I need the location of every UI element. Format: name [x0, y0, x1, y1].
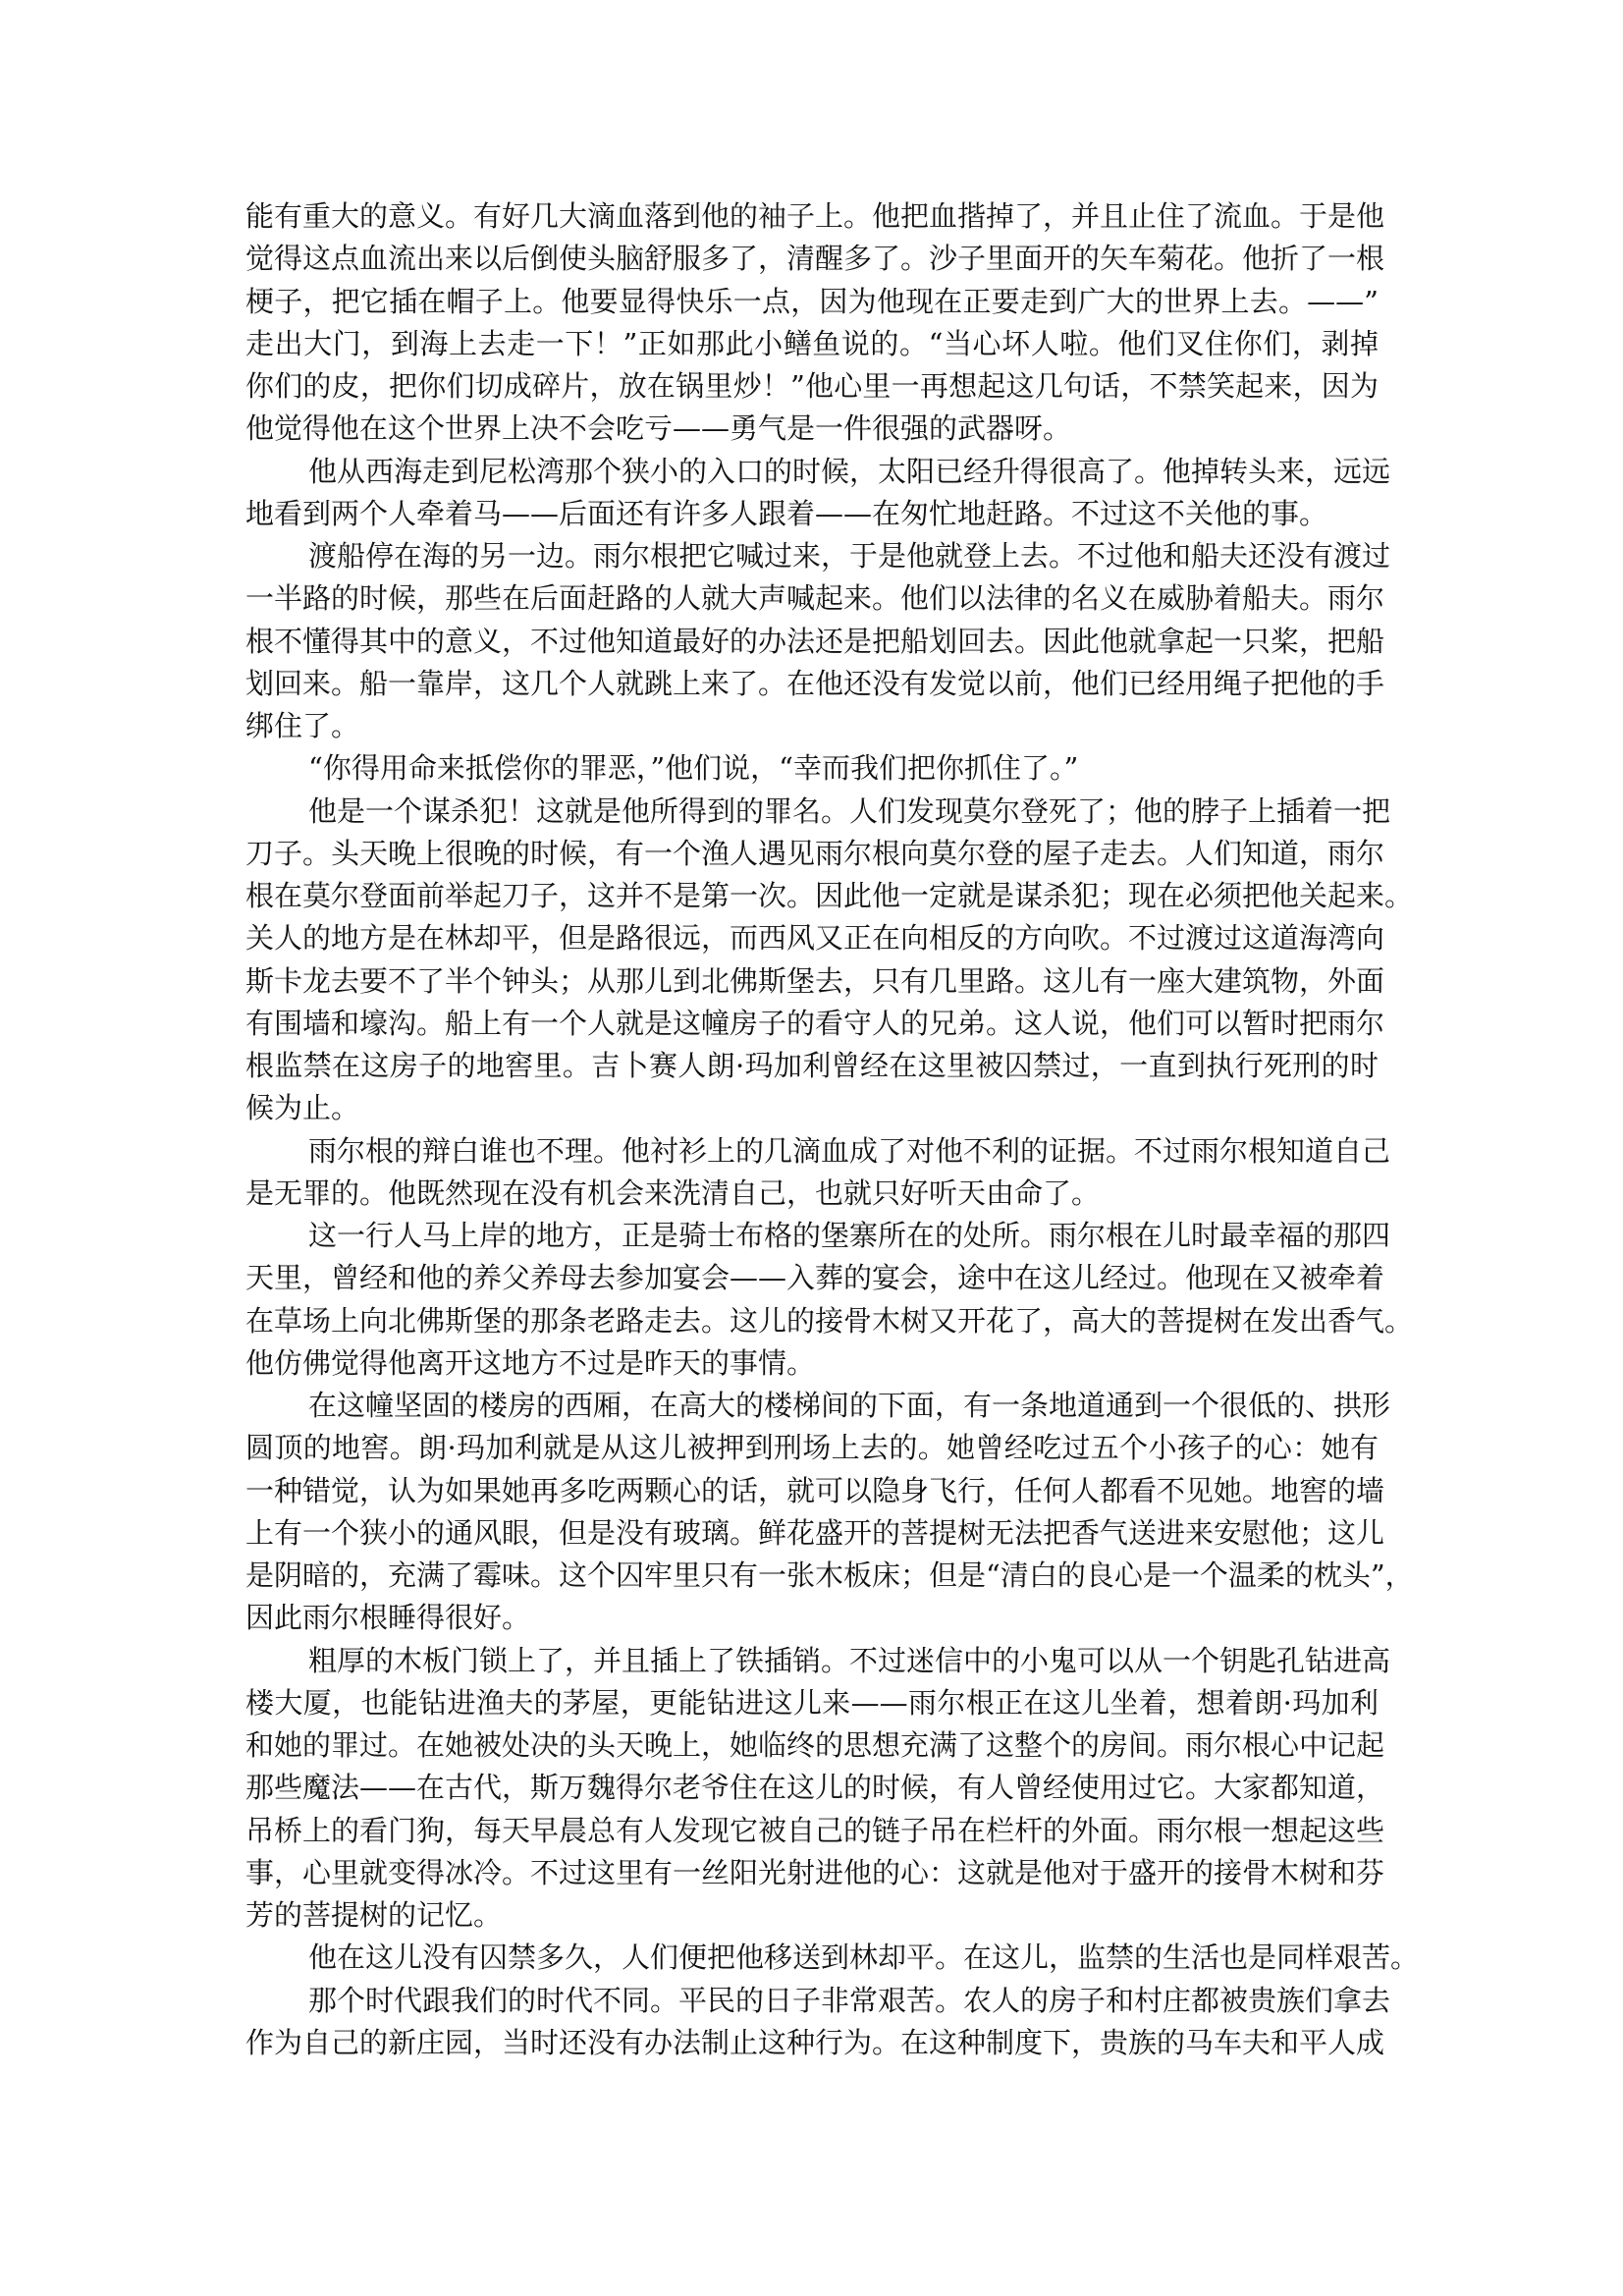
document-page: 能有重大的意义。有好几大滴血落到他的袖子上。他把血揩掉了，并且止住了流血。于是他…	[245, 195, 1379, 2064]
text-line: 你们的皮，把你们切成碎片，放在锅里炒！”他心里一再想起这几句话，不禁笑起来，因为	[245, 365, 1379, 408]
text-line: 和她的罪过。在她被处决的头天晚上，她临终的思想充满了这整个的房间。雨尔根心中记起	[245, 1724, 1379, 1767]
paragraph: 粗厚的木板门锁上了，并且插上了铁插销。不过迷信中的小鬼可以从一个钥匙孔钻进高楼大…	[245, 1640, 1379, 1938]
text-line: “你得用命来抵偿你的罪恶，”他们说，“幸而我们把你抓住了。”	[245, 747, 1379, 790]
paragraph: 能有重大的意义。有好几大滴血落到他的袖子上。他把血揩掉了，并且止住了流血。于是他…	[245, 195, 1379, 451]
text-line: 事，心里就变得冰冷。不过这里有一丝阳光射进他的心：这就是他对于盛开的接骨木树和芬	[245, 1852, 1379, 1894]
text-line: 雨尔根的辩白谁也不理。他衬衫上的几滴血成了对他不利的证据。不过雨尔根知道自己	[245, 1130, 1379, 1173]
text-line: 吊桥上的看门狗，每天早晨总有人发现它被自己的链子吊在栏杆的外面。雨尔根一想起这些	[245, 1810, 1379, 1852]
text-line: 根在莫尔登面前举起刀子，这并不是第一次。因此他一定就是谋杀犯；现在必须把他关起来…	[245, 875, 1379, 917]
text-line: 楼大厦，也能钻进渔夫的茅屋，更能钻进这儿来——雨尔根正在这儿坐着，想着朗·玛加利	[245, 1682, 1379, 1724]
paragraph: 他从西海走到尼松湾那个狭小的入口的时候，太阳已经升得很高了。他掉转头来，远远地看…	[245, 451, 1379, 536]
text-line: 斯卡龙去要不了半个钟头；从那儿到北佛斯堡去，只有几里路。这儿有一座大建筑物，外面	[245, 960, 1379, 1003]
text-line: 他在这儿没有囚禁多久，人们便把他移送到林却平。在这儿，监禁的生活也是同样艰苦。	[245, 1937, 1379, 1979]
text-line: 关人的地方是在林却平，但是路很远，而西风又正在向相反的方向吹。不过渡过这道海湾向	[245, 917, 1379, 959]
paragraph: 他是一个谋杀犯！这就是他所得到的罪名。人们发现莫尔登死了；他的脖子上插着一把刀子…	[245, 791, 1379, 1130]
text-line: 是阴暗的，充满了霉味。这个囚牢里只有一张木板床；但是“清白的良心是一个温柔的枕头…	[245, 1555, 1379, 1597]
text-line: 是无罪的。他既然现在没有机会来洗清自己，也就只好听天由命了。	[245, 1173, 1379, 1215]
text-line: 这一行人马上岸的地方，正是骑士布格的堡寨所在的处所。雨尔根在儿时最幸福的那四	[245, 1215, 1379, 1257]
text-line: 上有一个狭小的通风眼，但是没有玻璃。鲜花盛开的菩提树无法把香气送进来安慰他；这儿	[245, 1512, 1379, 1555]
text-line: 候为止。	[245, 1087, 1379, 1129]
paragraph: 在这幢坚固的楼房的西厢，在高大的楼梯间的下面，有一条地道通到一个很低的、拱形圆顶…	[245, 1385, 1379, 1640]
text-line: 走出大门，到海上去走一下！”正如那此小鳝鱼说的。“当心坏人啦。他们叉住你们，剥掉	[245, 323, 1379, 365]
text-line: 芳的菩提树的记忆。	[245, 1894, 1379, 1937]
text-line: 根不懂得其中的意义，不过他知道最好的办法还是把船划回去。因此他就拿起一只桨，把船	[245, 621, 1379, 663]
paragraph: 渡船停在海的另一边。雨尔根把它喊过来，于是他就登上去。不过他和船夫还没有渡过一半…	[245, 535, 1379, 747]
paragraph: “你得用命来抵偿你的罪恶，”他们说，“幸而我们把你抓住了。”	[245, 747, 1379, 790]
paragraph: 雨尔根的辩白谁也不理。他衬衫上的几滴血成了对他不利的证据。不过雨尔根知道自己是无…	[245, 1130, 1379, 1216]
text-line: 绑住了。	[245, 705, 1379, 747]
paragraph: 那个时代跟我们的时代不同。平民的日子非常艰苦。农人的房子和村庄都被贵族们拿去作为…	[245, 1980, 1379, 2065]
text-line: 有围墙和壕沟。船上有一个人就是这幢房子的看守人的兄弟。这人说，他们可以暂时把雨尔	[245, 1003, 1379, 1045]
text-line: 在草场上向北佛斯堡的那条老路走去。这儿的接骨木树又开花了，高大的菩提树在发出香气…	[245, 1300, 1379, 1342]
text-line: 根监禁在这房子的地窖里。吉卜赛人朗·玛加利曾经在这里被囚禁过，一直到执行死刑的时	[245, 1045, 1379, 1087]
text-line: 一半路的时候，那些在后面赶路的人就大声喊起来。他们以法律的名义在威胁着船夫。雨尔	[245, 577, 1379, 620]
text-line: 那个时代跟我们的时代不同。平民的日子非常艰苦。农人的房子和村庄都被贵族们拿去	[245, 1980, 1379, 2022]
text-line: 他是一个谋杀犯！这就是他所得到的罪名。人们发现莫尔登死了；他的脖子上插着一把	[245, 791, 1379, 833]
paragraph: 他在这儿没有囚禁多久，人们便把他移送到林却平。在这儿，监禁的生活也是同样艰苦。	[245, 1937, 1379, 1979]
text-line: 他仿佛觉得他离开这地方不过是昨天的事情。	[245, 1342, 1379, 1385]
text-line: 能有重大的意义。有好几大滴血落到他的袖子上。他把血揩掉了，并且止住了流血。于是他	[245, 195, 1379, 238]
text-line: 在这幢坚固的楼房的西厢，在高大的楼梯间的下面，有一条地道通到一个很低的、拱形	[245, 1385, 1379, 1427]
text-line: 粗厚的木板门锁上了，并且插上了铁插销。不过迷信中的小鬼可以从一个钥匙孔钻进高	[245, 1640, 1379, 1682]
text-line: 他从西海走到尼松湾那个狭小的入口的时候，太阳已经升得很高了。他掉转头来，远远	[245, 451, 1379, 493]
text-line: 圆顶的地窖。朗·玛加利就是从这儿被押到刑场上去的。她曾经吃过五个小孩子的心：她有	[245, 1427, 1379, 1469]
text-line: 那些魔法——在古代，斯万魏得尔老爷住在这儿的时候，有人曾经使用过它。大家都知道，	[245, 1767, 1379, 1809]
text-line: 作为自己的新庄园，当时还没有办法制止这种行为。在这种制度下，贵族的马车夫和平人成	[245, 2022, 1379, 2064]
text-line: 划回来。船一靠岸，这几个人就跳上来了。在他还没有发觉以前，他们已经用绳子把他的手	[245, 663, 1379, 705]
text-line: 觉得这点血流出来以后倒使头脑舒服多了，清醒多了。沙子里面开的矢车菊花。他折了一根	[245, 238, 1379, 280]
text-line: 梗子，把它插在帽子上。他要显得快乐一点，因为他现在正要走到广大的世界上去。——”	[245, 281, 1379, 323]
text-line: 渡船停在海的另一边。雨尔根把它喊过来，于是他就登上去。不过他和船夫还没有渡过	[245, 535, 1379, 577]
text-line: 他觉得他在这个世界上决不会吃亏——勇气是一件很强的武器呀。	[245, 408, 1379, 450]
text-line: 因此雨尔根睡得很好。	[245, 1597, 1379, 1639]
paragraph: 这一行人马上岸的地方，正是骑士布格的堡寨所在的处所。雨尔根在儿时最幸福的那四天里…	[245, 1215, 1379, 1385]
text-line: 天里，曾经和他的养父养母去参加宴会——入葬的宴会，途中在这儿经过。他现在又被牵着	[245, 1257, 1379, 1299]
text-line: 一种错觉，认为如果她再多吃两颗心的话，就可以隐身飞行，任何人都看不见她。地窖的墙	[245, 1470, 1379, 1512]
text-line: 刀子。头天晚上很晚的时候，有一个渔人遇见雨尔根向莫尔登的屋子走去。人们知道，雨尔	[245, 833, 1379, 875]
text-line: 地看到两个人牵着马——后面还有许多人跟着——在匆忙地赶路。不过这不关他的事。	[245, 493, 1379, 535]
